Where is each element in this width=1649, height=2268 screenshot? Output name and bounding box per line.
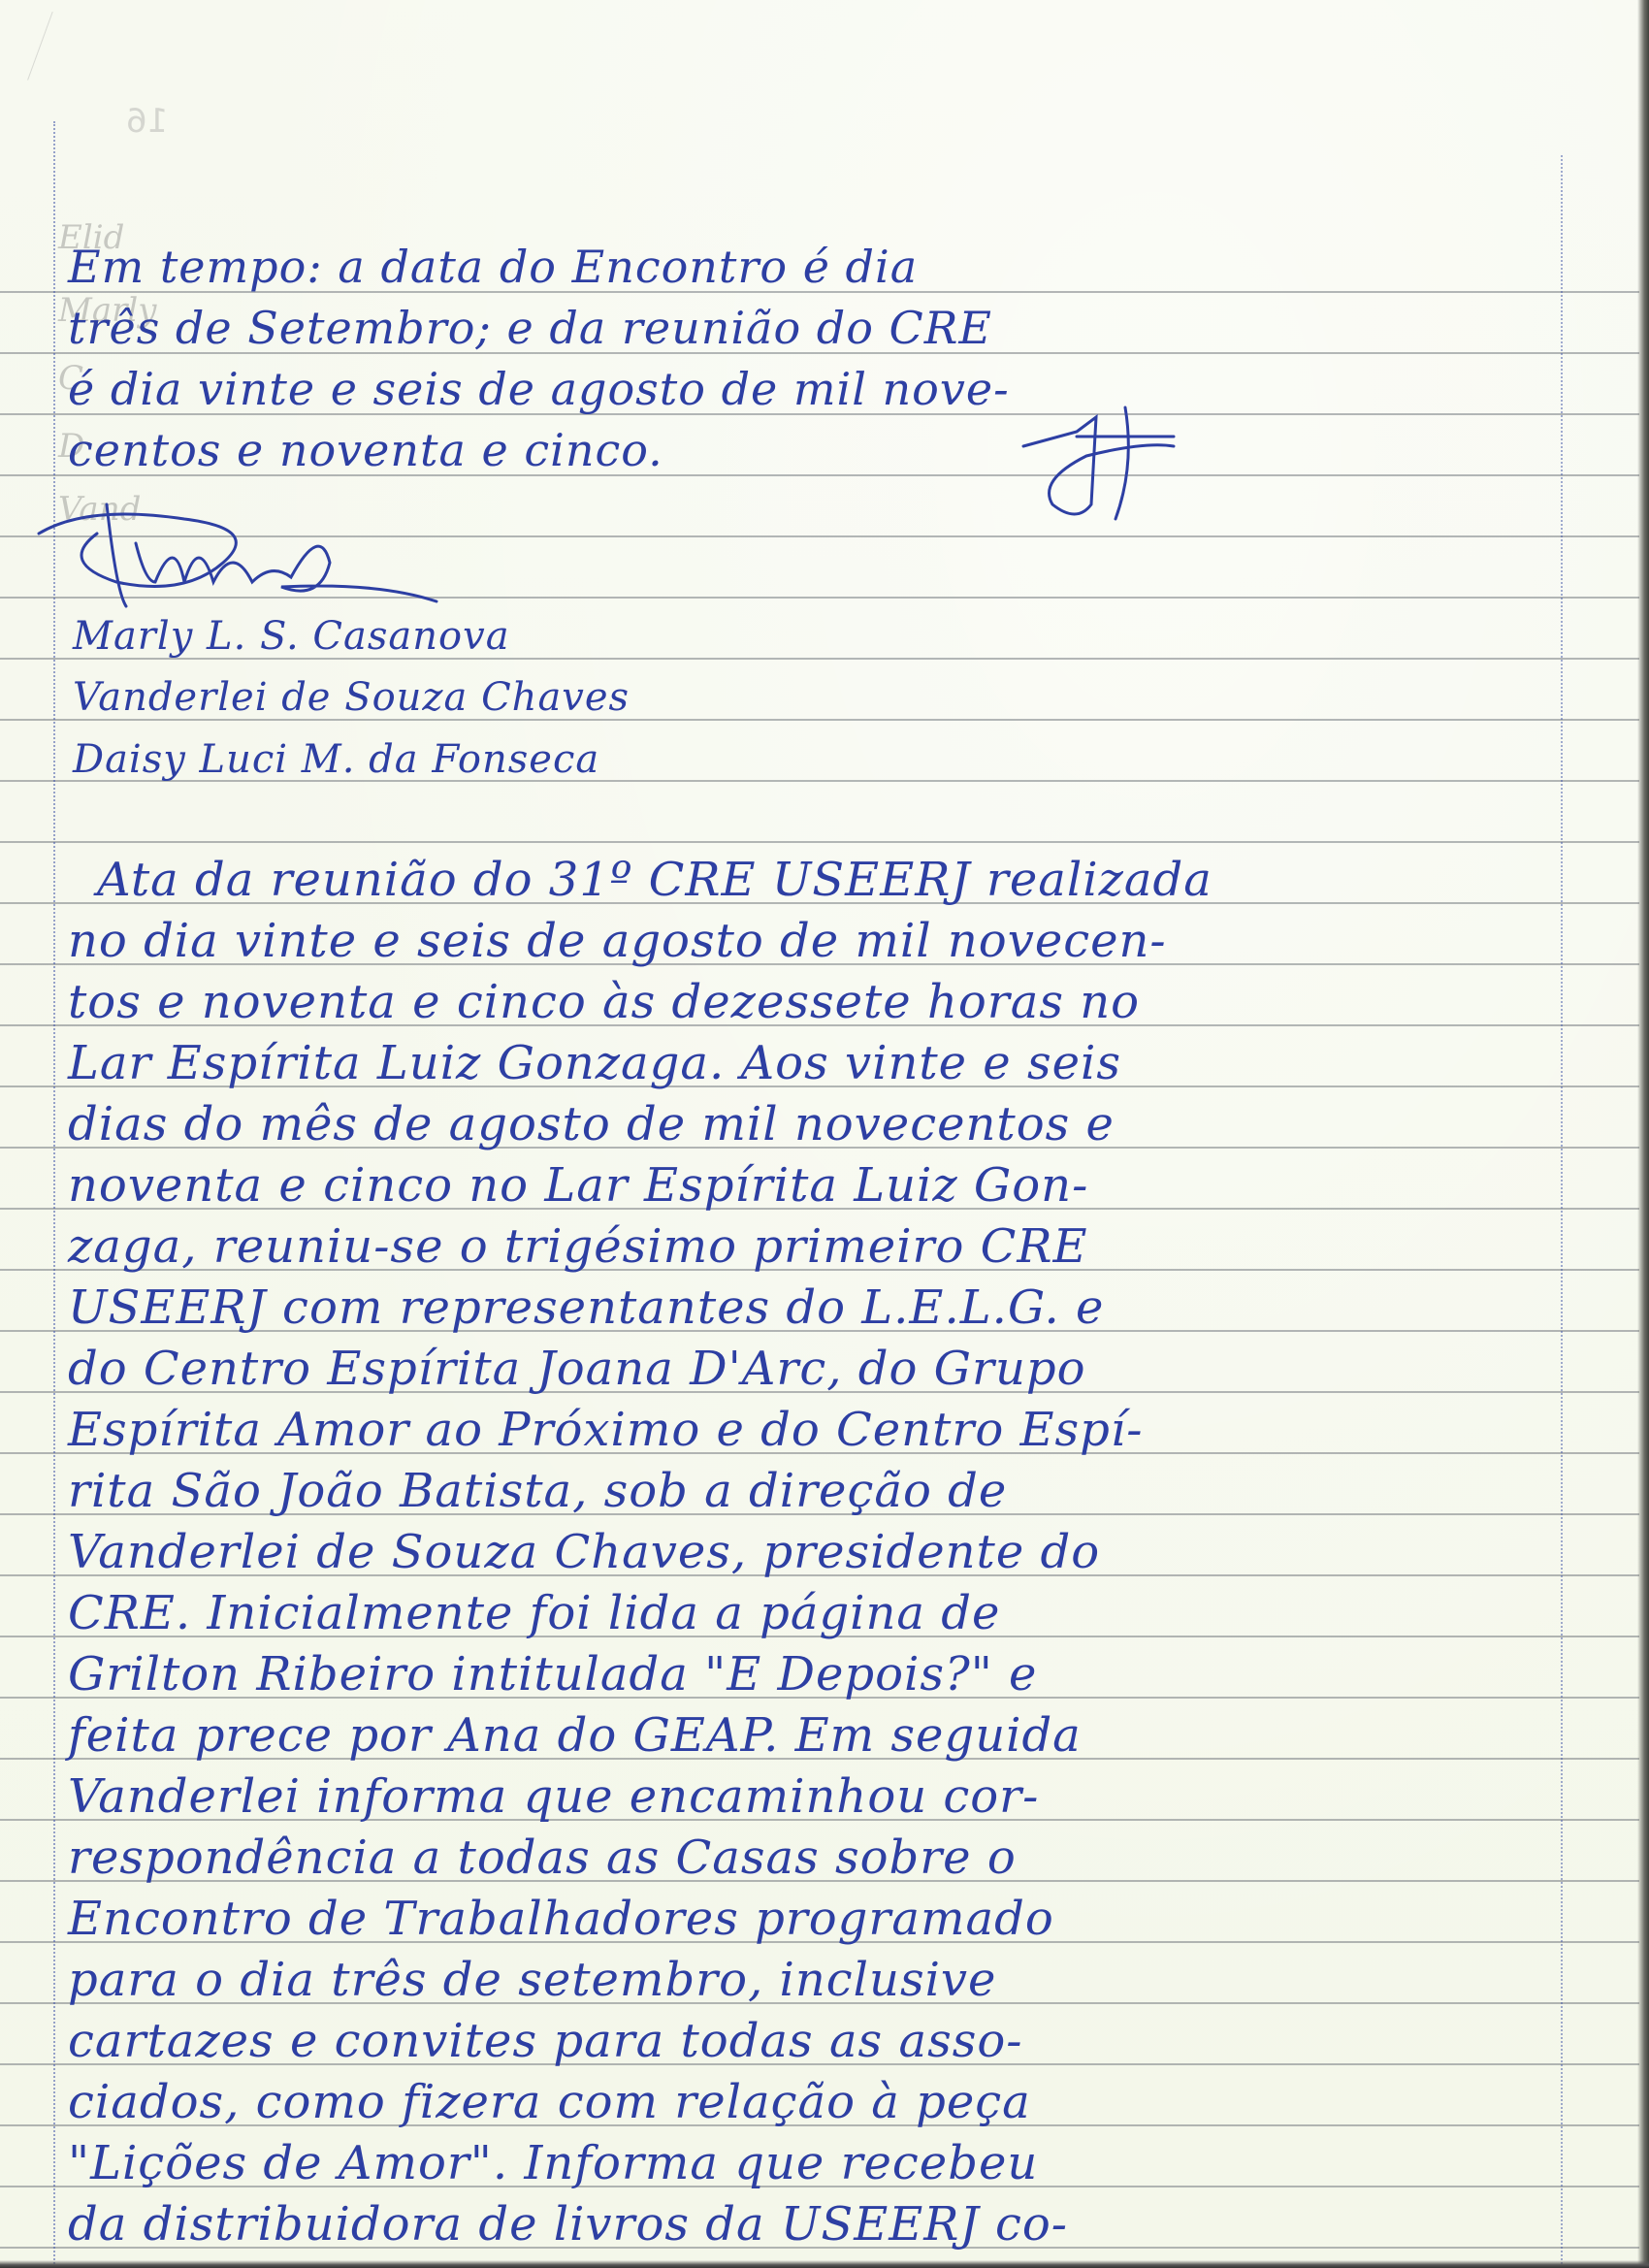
initials-signature-icon [1018, 388, 1193, 534]
minutes-line: Encontro de Trabalhadores programado [68, 1889, 1054, 1950]
minutes-line: feita prece por Ana do GEAP. Em seguida [68, 1705, 1082, 1766]
minutes-line: respondência a todas as Casas sobre o [68, 1828, 1017, 1889]
minutes-line: zaga, reuniu-se o trigésimo primeiro CRE [68, 1216, 1088, 1278]
minutes-line: para o dia três de setembro, inclusive [68, 1950, 996, 2011]
left-margin-line [53, 121, 55, 2268]
minutes-line: Grilton Ribeiro intitulada "E Depois?" e [68, 1644, 1037, 1705]
minutes-line: Ata da reunião do 31º CRE USEERJ realiza… [97, 850, 1212, 911]
signature-name: Marly L. S. Casanova [73, 606, 510, 667]
minutes-line: da distribuidora de livros da USEERJ co- [68, 2194, 1068, 2255]
addendum-line: Em tempo: a data do Encontro é dia [68, 237, 918, 298]
minutes-line: dias do mês de agosto de mil novecentos … [68, 1094, 1115, 1155]
scan-edge-shadow-right [1637, 0, 1649, 2268]
right-margin-line [1561, 155, 1563, 2268]
minutes-line: noventa e cinco no Lar Espírita Luiz Gon… [68, 1155, 1088, 1216]
minutes-line: tos e noventa e cinco às dezessete horas… [68, 972, 1140, 1033]
minutes-line: Vanderlei informa que encaminhou cor- [68, 1766, 1039, 1828]
addendum-line: três de Setembro; e da reunião do CRE [68, 298, 992, 359]
minutes-line: Vanderlei de Souza Chaves, presidente do [68, 1522, 1100, 1583]
minutes-line: Espírita Amor ao Próximo e do Centro Esp… [68, 1400, 1143, 1461]
minutes-line: CRE. Inicialmente foi lida a página de [68, 1583, 1000, 1644]
minutes-line: do Centro Espírita Joana D'Arc, do Grupo [68, 1339, 1085, 1400]
addendum-line: é dia vinte e seis de agosto de mil nove… [68, 359, 1010, 420]
notebook-page: 16 Elid Marly C D Vand Em tempo: a data … [0, 0, 1649, 2268]
page-number: 16 [126, 102, 168, 141]
scan-edge-shadow-bottom [0, 2260, 1649, 2268]
minutes-line: no dia vinte e seis de agosto de mil nov… [68, 911, 1167, 972]
signature-name: Daisy Luci M. da Fonseca [73, 729, 599, 791]
signature-name: Vanderlei de Souza Chaves [73, 667, 630, 729]
signature-scribble-icon [29, 466, 495, 611]
faint-stamp-mark [27, 12, 81, 90]
minutes-line: rita São João Batista, sob a direção de [68, 1461, 1007, 1522]
minutes-line: ciados, como fizera com relação à peça [68, 2072, 1031, 2133]
minutes-line: "Lições de Amor". Informa que recebeu [68, 2133, 1038, 2194]
minutes-line: cartazes e convites para todas as asso- [68, 2011, 1022, 2072]
minutes-line: USEERJ com representantes do L.E.L.G. e [68, 1278, 1104, 1339]
minutes-line: Lar Espírita Luiz Gonzaga. Aos vinte e s… [68, 1033, 1121, 1094]
